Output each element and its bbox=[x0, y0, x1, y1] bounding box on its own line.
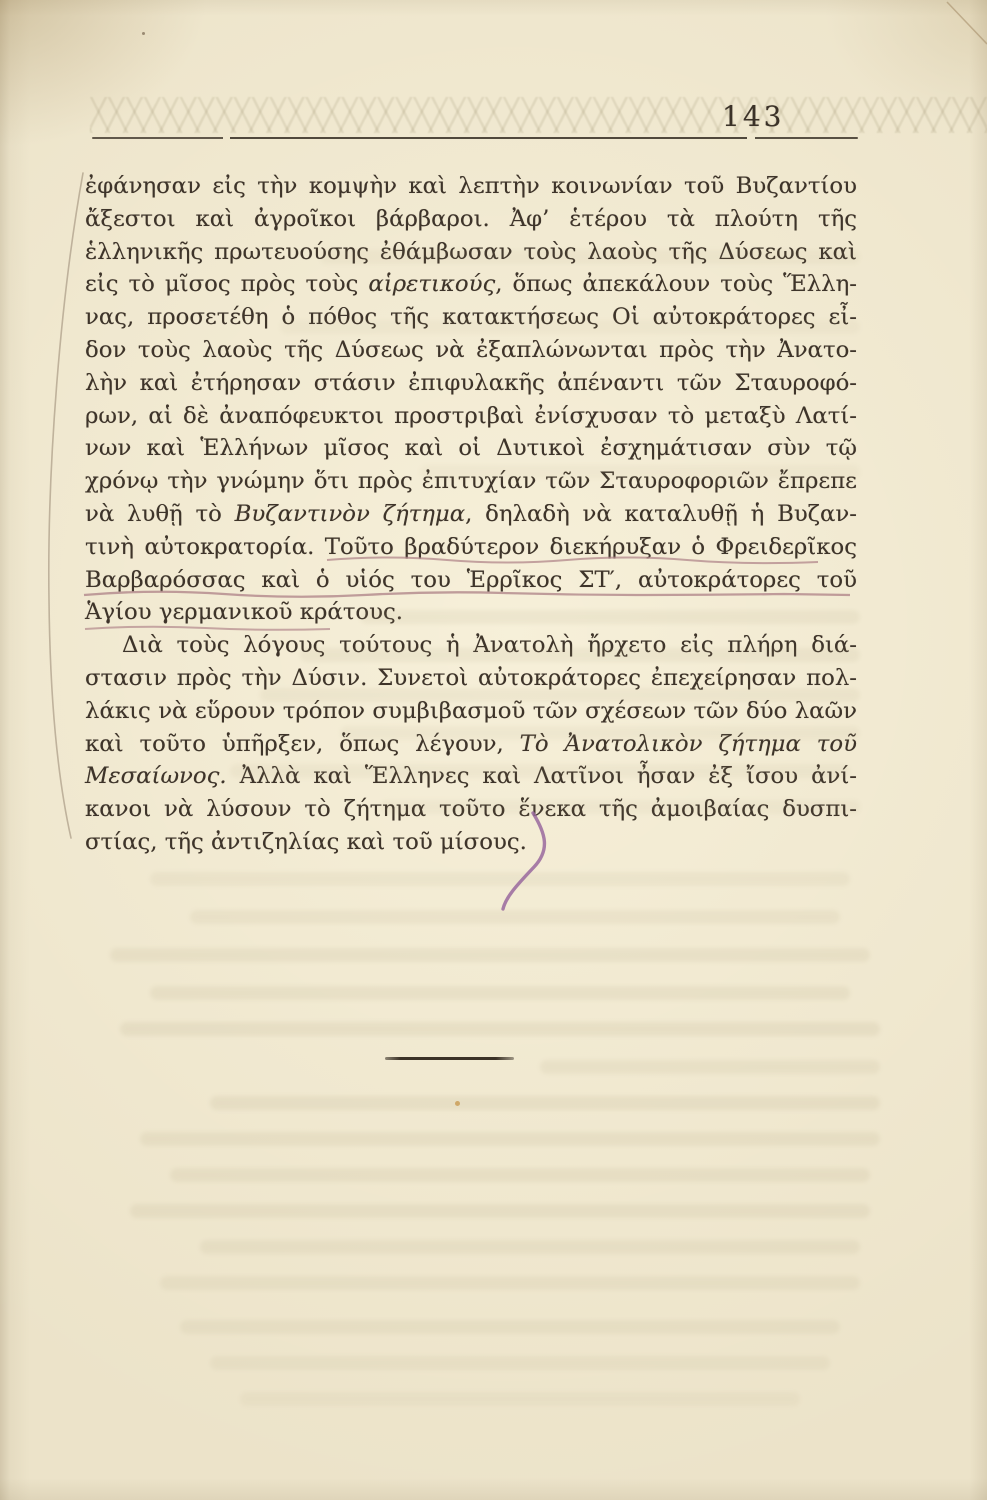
text-segment: , δηλαδὴ νὰ καταλυθῇ ἡ Βυζαν- bbox=[465, 501, 857, 527]
text-line: νὰ λυθῇ τὸ Βυζαντινὸν ζήτημα, δηλαδὴ νὰ … bbox=[85, 498, 857, 531]
page-number: 143 bbox=[722, 100, 784, 133]
margin-pencil-arc bbox=[49, 173, 83, 838]
text-line: λὴν καὶ ἐτήρησαν στάσιν ἐπιφυλακῆς ἀπένα… bbox=[85, 367, 857, 400]
paragraph: Διὰ τοὺς λόγους τούτους ἡ Ἀνατολὴ ἤρχετο… bbox=[85, 629, 857, 859]
corner-crease bbox=[947, 2, 987, 44]
text-segment: Ἁγίου γερμανικοῦ κράτους. bbox=[85, 599, 403, 625]
text-showthrough-line bbox=[380, 800, 860, 814]
text-segment: στίας, τῆς ἀντιζηλίας καὶ τοῦ μίσους. bbox=[85, 829, 527, 855]
text-segment: δον τοὺς λαοὺς τῆς Δύσεως νὰ ἐξαπλώνωντα… bbox=[85, 337, 857, 363]
paragraph: ἐφάνησαν εἰς τὴν κομψὴν καὶ λεπτὴν κοινω… bbox=[85, 170, 857, 629]
text-line: νων καὶ Ἑλλήνων μῖσος καὶ οἱ Δυτικοὶ ἐσχ… bbox=[85, 432, 857, 465]
text-line: δον τοὺς λαοὺς τῆς Δύσεως νὰ ἐξαπλώνωντα… bbox=[85, 334, 857, 367]
text-line: τινὴ αὐτοκρατορία. Τοῦτο βραδύτερον διεκ… bbox=[85, 531, 857, 564]
zigzag-border-showthrough bbox=[90, 97, 987, 133]
text-line: ρων, αἱ δὲ ἀναπόφευκτοι προστριβαὶ ἐνίσχ… bbox=[85, 400, 857, 433]
text-segment: ρων, αἱ δὲ ἀναπόφευκτοι προστριβαὶ ἐνίσχ… bbox=[85, 403, 857, 429]
text-showthrough-line bbox=[160, 1276, 860, 1290]
text-showthrough-line bbox=[300, 648, 860, 662]
italic-text-segment: αἱρετικούς bbox=[368, 271, 495, 297]
text-line: στίας, τῆς ἀντιζηλίας καὶ τοῦ μίσους. bbox=[85, 826, 857, 859]
body-text: ἐφάνησαν εἰς τὴν κομψὴν καὶ λεπτὴν κοινω… bbox=[85, 170, 857, 859]
text-showthrough-line bbox=[150, 986, 850, 1000]
text-segment: ἄξεστοι καὶ ἀγροῖκοι βάρβαροι. Ἀφ’ ἑτέρο… bbox=[85, 206, 857, 232]
ink-speck bbox=[142, 32, 145, 35]
text-segment: τινὴ αὐτοκρατορία. Τοῦτο βραδύτερον διεκ… bbox=[85, 534, 857, 560]
text-showthrough-line bbox=[210, 1356, 830, 1370]
text-showthrough-line bbox=[200, 1240, 860, 1254]
text-showthrough-line bbox=[210, 1096, 880, 1110]
text-showthrough-line bbox=[420, 465, 860, 479]
text-showthrough-line bbox=[130, 1204, 870, 1218]
text-showthrough-line bbox=[540, 1060, 880, 1074]
section-divider-rule bbox=[385, 1057, 514, 1060]
text-line: ἐφάνησαν εἰς τὴν κομψὴν καὶ λεπτὴν κοινω… bbox=[85, 170, 857, 203]
italic-text-segment: Μεσαίωνος. bbox=[85, 763, 227, 789]
text-showthrough-line bbox=[320, 250, 860, 264]
text-showthrough-line bbox=[190, 910, 840, 924]
text-showthrough-line bbox=[230, 764, 850, 778]
text-line: ἄξεστοι καὶ ἀγροῖκοι βάρβαροι. Ἀφ’ ἑτέρο… bbox=[85, 203, 857, 236]
text-segment: ἐφάνησαν εἰς τὴν κομψὴν καὶ λεπτὴν κοινω… bbox=[85, 173, 857, 199]
italic-text-segment: Βυζαντινὸν ζήτημα bbox=[235, 501, 465, 527]
text-showthrough-line bbox=[140, 1132, 880, 1146]
text-segment: Βαρβαρόσσας καὶ ὁ υἱός του Ἑρρῖκος ΣΤ′, … bbox=[85, 567, 857, 593]
header-rule bbox=[92, 137, 858, 139]
scanned-book-page: 143 ἐφάνησαν εἰς τὴν κομψὴν καὶ λεπτὴν κ… bbox=[0, 0, 987, 1500]
text-showthrough-line bbox=[280, 320, 860, 334]
text-showthrough-line bbox=[170, 1168, 870, 1182]
text-showthrough-line bbox=[260, 688, 860, 702]
text-segment: , ὅπως ἀπεκάλουν τοὺς Ἕλλη- bbox=[495, 271, 857, 297]
text-showthrough-line bbox=[360, 610, 860, 624]
text-showthrough-line bbox=[110, 948, 870, 962]
text-line: Βαρβαρόσσας καὶ ὁ υἱός του Ἑρρῖκος ΣΤ′, … bbox=[85, 564, 857, 597]
text-segment: νὰ λυθῇ τὸ bbox=[85, 501, 235, 527]
text-line: εἰς τὸ μῖσος πρὸς τοὺς αἱρετικούς, ὅπως … bbox=[85, 268, 857, 301]
text-segment: λὴν καὶ ἐτήρησαν στάσιν ἐπιφυλακῆς ἀπένα… bbox=[85, 370, 857, 396]
text-showthrough-line bbox=[340, 726, 860, 740]
text-showthrough-line bbox=[240, 1392, 800, 1406]
text-segment: νων καὶ Ἑλλήνων μῖσος καὶ οἱ Δυτικοὶ ἐσχ… bbox=[85, 435, 857, 461]
text-segment: εἰς τὸ μῖσος πρὸς τοὺς bbox=[85, 271, 368, 297]
text-showthrough-line bbox=[120, 1022, 880, 1036]
text-showthrough-line bbox=[180, 1320, 840, 1334]
text-showthrough-line bbox=[150, 872, 850, 886]
